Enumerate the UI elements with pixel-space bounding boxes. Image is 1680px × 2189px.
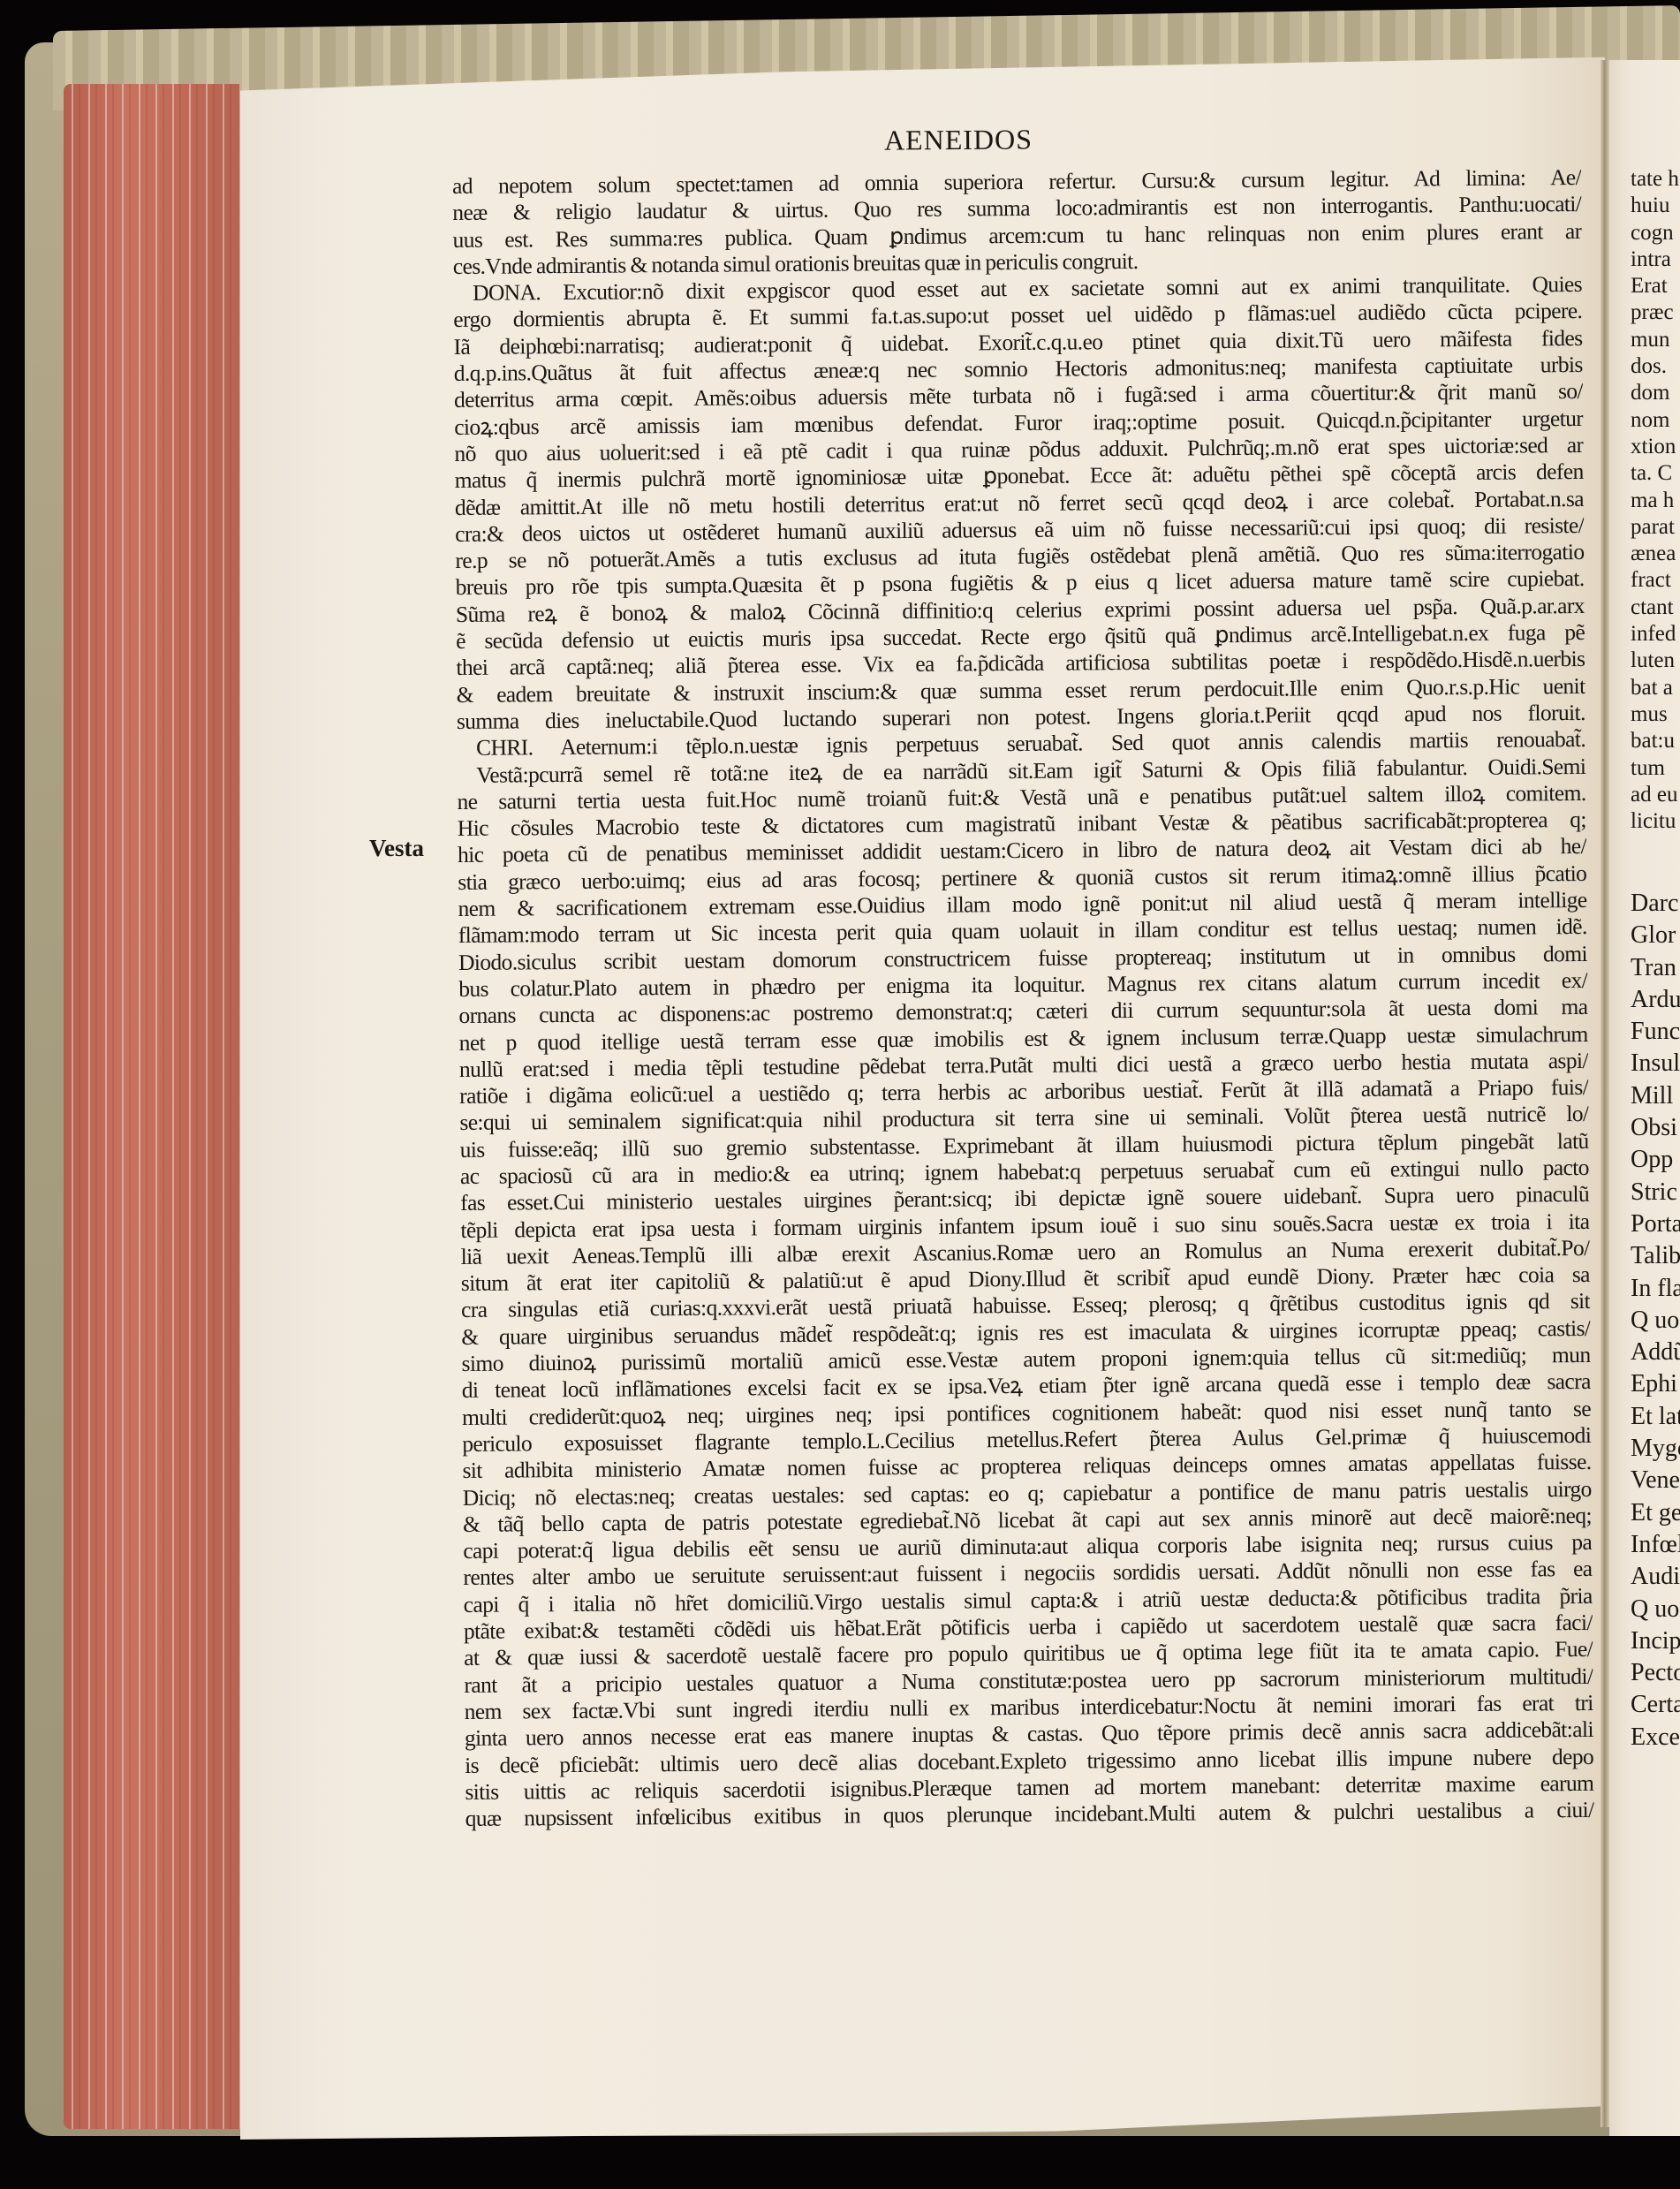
right-page-text-upper: tate hhuiucognintraEratpræcmundos.domnom… xyxy=(1631,166,1680,835)
right-page-verse-fragment: Addũ xyxy=(1631,1337,1680,1368)
right-page-fragment: ad eu xyxy=(1631,782,1680,808)
right-page-verse-fragment: Et gen xyxy=(1631,1497,1680,1529)
marginal-note: Vesta xyxy=(369,835,424,862)
right-page-fragment: infed xyxy=(1631,621,1680,648)
right-page-fragment: nom xyxy=(1631,407,1680,434)
right-page-fragment: parat xyxy=(1631,514,1680,541)
right-page-verse-fragment: Pecto xyxy=(1631,1657,1680,1689)
right-page-verse-fragment: Vene xyxy=(1631,1465,1680,1496)
right-page-verse-fragment: Obsi xyxy=(1631,1112,1680,1144)
right-page-fragment: mus xyxy=(1631,701,1680,728)
right-page-fragment: luten xyxy=(1631,648,1680,674)
right-page-fragment: tum xyxy=(1631,755,1680,782)
right-page-fragment: huiu xyxy=(1631,193,1680,219)
right-page-fragment: fract xyxy=(1631,567,1680,594)
right-page-verse-fragment: Func xyxy=(1631,1016,1680,1048)
right-page-fragment: cogn xyxy=(1631,220,1680,246)
gutter xyxy=(1601,60,1609,2127)
right-page-fragment: bat a xyxy=(1631,675,1680,701)
right-page-fragment: Erat xyxy=(1631,273,1680,299)
red-fore-edge xyxy=(64,84,240,2129)
commentary-text-block: ad nepotem solum spectet:tamen ad omnia … xyxy=(452,164,1594,1832)
right-page-verse-fragment: Stric xyxy=(1631,1177,1680,1208)
right-page-verse-fragment: Infœli xyxy=(1631,1529,1680,1561)
right-page-fragment: ta. C xyxy=(1631,460,1680,487)
right-page-verse-fragment: Mygo xyxy=(1631,1433,1680,1465)
right-page-fragment: præc xyxy=(1631,299,1680,326)
right-page-fragment: licitu xyxy=(1631,808,1680,835)
right-page-verse-fragment: Opp xyxy=(1631,1144,1680,1176)
right-page-verse-fragment: Et late xyxy=(1631,1401,1680,1433)
right-page-verse-fragment: Certa xyxy=(1631,1689,1680,1721)
right-page-verse-fragment: In fla xyxy=(1631,1273,1680,1305)
right-page-verse-fragment: Q uo xyxy=(1631,1594,1680,1625)
right-page-verse-fragment: Tran xyxy=(1631,952,1680,984)
right-page-verse-fragment: Ephi xyxy=(1631,1368,1680,1400)
right-page-fragment: intra xyxy=(1631,246,1680,273)
right-page-verse-fragment: Incipi xyxy=(1631,1625,1680,1657)
running-head: AENEIDOS xyxy=(866,123,1051,156)
right-page-verse-fragment: Porta xyxy=(1631,1208,1680,1240)
right-page-fragment: tate h xyxy=(1631,166,1680,193)
right-page-verse-fragment: Darc xyxy=(1631,888,1680,920)
right-page-verse-fragment: Ardu xyxy=(1631,984,1680,1016)
right-page-verse-fragment: Audie xyxy=(1631,1561,1680,1593)
right-page-verse-fragment: Insul xyxy=(1631,1048,1680,1079)
right-page-verse-fragment: Glor xyxy=(1631,920,1680,951)
right-page-fragment: ctant xyxy=(1631,595,1680,621)
right-page-fragment: dom xyxy=(1631,380,1680,406)
right-page-fragment: ma h xyxy=(1631,488,1680,514)
right-page-fragment: mun xyxy=(1631,327,1680,353)
right-page-verse-fragment: Q uo xyxy=(1631,1305,1680,1337)
right-page-verse-fragment: Mill xyxy=(1631,1080,1680,1112)
right-page-verse-fragment: Exces xyxy=(1631,1722,1680,1753)
right-page-text-lower: DarcGlorTranArduFuncInsulMillObsiOppStri… xyxy=(1631,888,1680,1753)
right-page-fragment: dos. xyxy=(1631,353,1680,380)
right-page-verse-fragment: Talib xyxy=(1631,1240,1680,1272)
right-page-fragment: ænea xyxy=(1631,541,1680,567)
right-page-fragment: bat:u xyxy=(1631,728,1680,754)
right-page-fragment: xtion xyxy=(1631,434,1680,460)
